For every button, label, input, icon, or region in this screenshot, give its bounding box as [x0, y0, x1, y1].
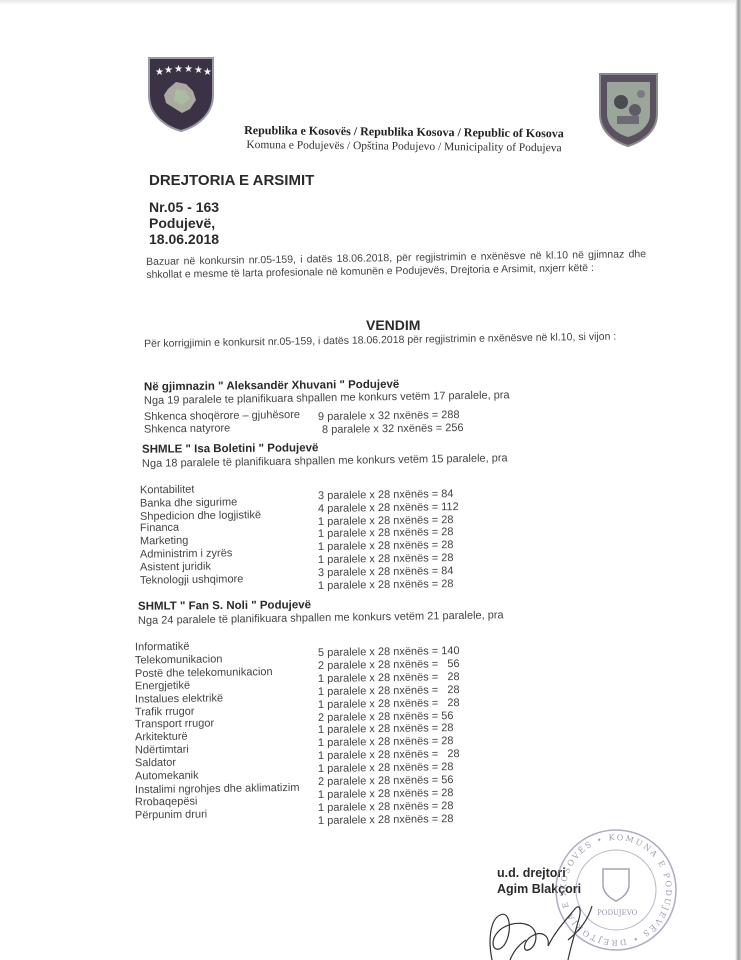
document-body: DREJTORIA E ARSIMIT Nr.05 - 163 Podujevë…	[0, 0, 741, 960]
allocation-label: Rrobaqepësi	[135, 795, 198, 808]
allocation-value: 1 paralele x 28 nxënës = 28	[318, 735, 454, 749]
allocation-value: 3 paralele x 28 nxënës = 84	[318, 565, 454, 579]
handwritten-signature-icon	[470, 880, 630, 960]
allocation-label: Përpunim druri	[135, 808, 207, 821]
allocation-label: Shkenca natyrore	[144, 422, 230, 435]
allocation-label: Instalues elektrikë	[135, 692, 223, 705]
allocation-label: Ndërtimtari	[135, 744, 189, 757]
allocation-value: 1 paralele x 28 nxënës = 28	[318, 526, 454, 540]
allocation-value: 1 paralele x 28 nxënës = 28	[318, 761, 454, 775]
intro-paragraph: Bazuar në konkursin nr.05-159, i datës 1…	[146, 248, 646, 282]
allocation-label: Transport rrugor	[135, 718, 214, 731]
allocation-label: Automekanik	[135, 770, 199, 783]
allocation-value: 1 paralele x 28 nxënës = 28	[318, 684, 460, 698]
allocation-label: Administrim i zyrës	[140, 547, 232, 560]
allocation-label: Saldator	[135, 757, 176, 770]
allocation-label: Teknologji ushqimore	[140, 573, 244, 586]
document-place: Podujevë,	[149, 215, 219, 231]
allocation-value: 1 paralele x 28 nxënës = 28	[318, 722, 454, 736]
document-meta: Nr.05 - 163 Podujevë, 18.06.2018	[149, 199, 219, 247]
allocation-value: 1 paralele x 28 nxënës = 28	[318, 552, 454, 566]
allocation-value: 2 paralele x 28 nxënës = 56	[318, 774, 454, 788]
allocation-label: Marketing	[140, 535, 188, 548]
allocation-label: Banka dhe sigurime	[140, 496, 237, 509]
allocation-label: Instalimi ngrohjes dhe aklimatizim	[135, 782, 300, 796]
allocation-value: 1 paralele x 28 nxënës = 28	[318, 671, 460, 685]
school-name: SHMLT " Fan S. Noli " Podujevë	[138, 599, 311, 613]
allocation-value: 4 paralele x 28 nxënës = 112	[318, 501, 459, 515]
allocation-value: 1 paralele x 28 nxënës = 28	[318, 800, 454, 814]
decision-title: VENDIM	[366, 317, 420, 333]
allocation-value: 3 paralele x 28 nxënës = 84	[318, 488, 454, 502]
allocation-label: Telekomunikacion	[135, 653, 223, 666]
document-date: 18.06.2018	[149, 231, 219, 247]
allocation-label: Shkenca shoqërore – gjuhësore	[144, 409, 300, 423]
school-name: SHMLE " Isa Boletini " Podujevë	[142, 442, 319, 456]
allocation-label: Informatikë	[135, 641, 190, 654]
allocation-value: 1 paralele x 28 nxënës = 28	[318, 578, 454, 592]
department-title: DREJTORIA E ARSIMIT	[149, 172, 314, 189]
allocation-label: Energjetikë	[135, 679, 190, 692]
document-number: Nr.05 - 163	[149, 199, 219, 215]
allocation-value: 1 paralele x 28 nxënës = 28	[318, 748, 460, 762]
allocation-value: 9 paralele x 32 nxënës = 288	[318, 409, 460, 423]
allocation-value: 2 paralele x 28 nxënës = 56	[318, 658, 460, 672]
allocation-label: Financa	[140, 522, 179, 535]
allocation-value: 1 paralele x 28 nxënës = 28	[318, 813, 454, 827]
correction-paragraph: Për korrigjimin e konkursit nr.05-159, i…	[144, 330, 644, 351]
allocation-label: Shpedicion dhe logjistikë	[140, 509, 261, 523]
allocation-value: 1 paralele x 28 nxënës = 28	[318, 787, 454, 801]
allocation-label: Arkitekturë	[135, 731, 188, 744]
allocation-label: Trafik rrugor	[135, 705, 195, 718]
allocation-label: Kontabilitet	[140, 484, 195, 497]
allocation-value: 1 paralele x 28 nxënës = 28	[318, 539, 454, 553]
allocation-label: Postë dhe telekomunikacion	[135, 666, 273, 680]
allocation-value: 5 paralele x 28 nxënës = 140	[318, 645, 460, 659]
allocation-value: 1 paralele x 28 nxënës = 28	[318, 697, 460, 711]
allocation-value: 8 paralele x 32 nxënës = 256	[322, 422, 464, 436]
allocation-label: Asistent juridik	[140, 560, 211, 573]
